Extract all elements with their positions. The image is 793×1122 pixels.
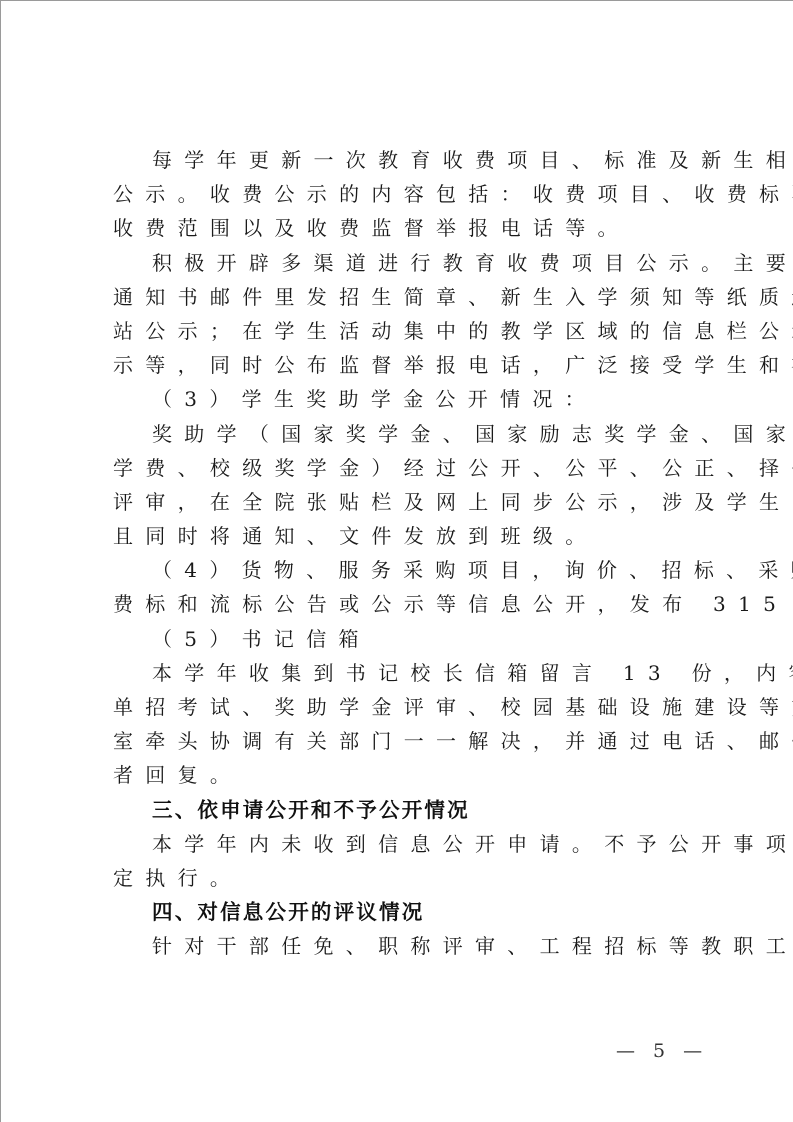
text-line: 且同时将通知、文件发放到班级。 (113, 519, 699, 553)
section-heading-four: 四、对信息公开的评议情况 (113, 895, 699, 929)
text-line: 站公示；在学生活动集中的教学区域的信息栏公示；在迎新点公 (113, 314, 699, 348)
text-line: 收费范围以及收费监督举报电话等。 (113, 211, 699, 245)
text-line: 室牵头协调有关部门一一解决，并通过电话、邮件等方式向留言 (113, 724, 699, 758)
text-line: 公示。收费公示的内容包括：收费项目、收费标准、政策依据、 (113, 177, 699, 211)
text-line: 评审，在全院张贴栏及网上同步公示，涉及学生 5416 人次，并 (113, 485, 699, 519)
text-line: 奖助学（国家奖学金、国家励志奖学金、国家助学金、减免 (113, 417, 699, 451)
heading-text: 四、对信息公开的评议情况 (113, 895, 699, 929)
paragraph-evaluation: 针对干部任免、职称评审、工程招标等教职工关心的工作， (113, 929, 699, 963)
paragraph-fee-publicity-channels: 积极开辟多渠道进行教育收费项目公示。主要包括：在录取 通知书邮件里发招生简章、新… (113, 246, 699, 383)
text-line: 单招考试、奖助学金评审、校园基础设施建设等方面，党委办公 (113, 690, 699, 724)
section-heading-three: 三、依申请公开和不予公开情况 (113, 793, 699, 827)
document-page: 每学年更新一次教育收费项目、标准及新生相关收费及政策 公示。收费公示的内容包括：… (0, 0, 793, 1122)
text-line: （5）书记信箱 (113, 622, 699, 656)
text-line: （3）学生奖助学金公开情况： (113, 382, 699, 416)
text-line: 费标和流标公告或公示等信息公开，发布 315 条信息。 (113, 587, 699, 621)
text-line: 示等，同时公布监督举报电话，广泛接受学生和社会各界监督。 (113, 348, 699, 382)
text-line: 针对干部任免、职称评审、工程招标等教职工关心的工作， (113, 929, 699, 963)
text-line: （4）货物、服务采购项目，询价、招标、采购更正、中标、 (113, 553, 699, 587)
page-number: — 5 — (616, 1040, 708, 1062)
text-line: 学费、校级奖学金）经过公开、公平、公正、择优、助困的原则 (113, 451, 699, 485)
text-line: 每学年更新一次教育收费项目、标准及新生相关收费及政策 (113, 143, 699, 177)
paragraph-fee-publicity-update: 每学年更新一次教育收费项目、标准及新生相关收费及政策 公示。收费公示的内容包括：… (113, 143, 699, 246)
document-body: 每学年更新一次教育收费项目、标准及新生相关收费及政策 公示。收费公示的内容包括：… (113, 143, 699, 964)
subsection-scholarship-title: （3）学生奖助学金公开情况： (113, 382, 699, 416)
text-line: 者回复。 (113, 758, 699, 792)
text-line: 本学年内未收到信息公开申请。不予公开事项严格按相关规 (113, 827, 699, 861)
paragraph-application-disclosure: 本学年内未收到信息公开申请。不予公开事项严格按相关规 定执行。 (113, 827, 699, 895)
paragraph-mailbox-details: 本学年收集到书记校长信箱留言 13 份，内容涉及专升本、 单招考试、奖助学金评审… (113, 656, 699, 793)
text-line: 积极开辟多渠道进行教育收费项目公示。主要包括：在录取 (113, 246, 699, 280)
paragraph-scholarship-details: 奖助学（国家奖学金、国家励志奖学金、国家助学金、减免 学费、校级奖学金）经过公开… (113, 417, 699, 554)
text-line: 本学年收集到书记校长信箱留言 13 份，内容涉及专升本、 (113, 656, 699, 690)
text-line: 定执行。 (113, 861, 699, 895)
paragraph-procurement: （4）货物、服务采购项目，询价、招标、采购更正、中标、 费标和流标公告或公示等信… (113, 553, 699, 621)
subsection-mailbox-title: （5）书记信箱 (113, 622, 699, 656)
text-line: 通知书邮件里发招生简章、新生入学须知等纸质通知；在校园网 (113, 280, 699, 314)
heading-text: 三、依申请公开和不予公开情况 (113, 793, 699, 827)
